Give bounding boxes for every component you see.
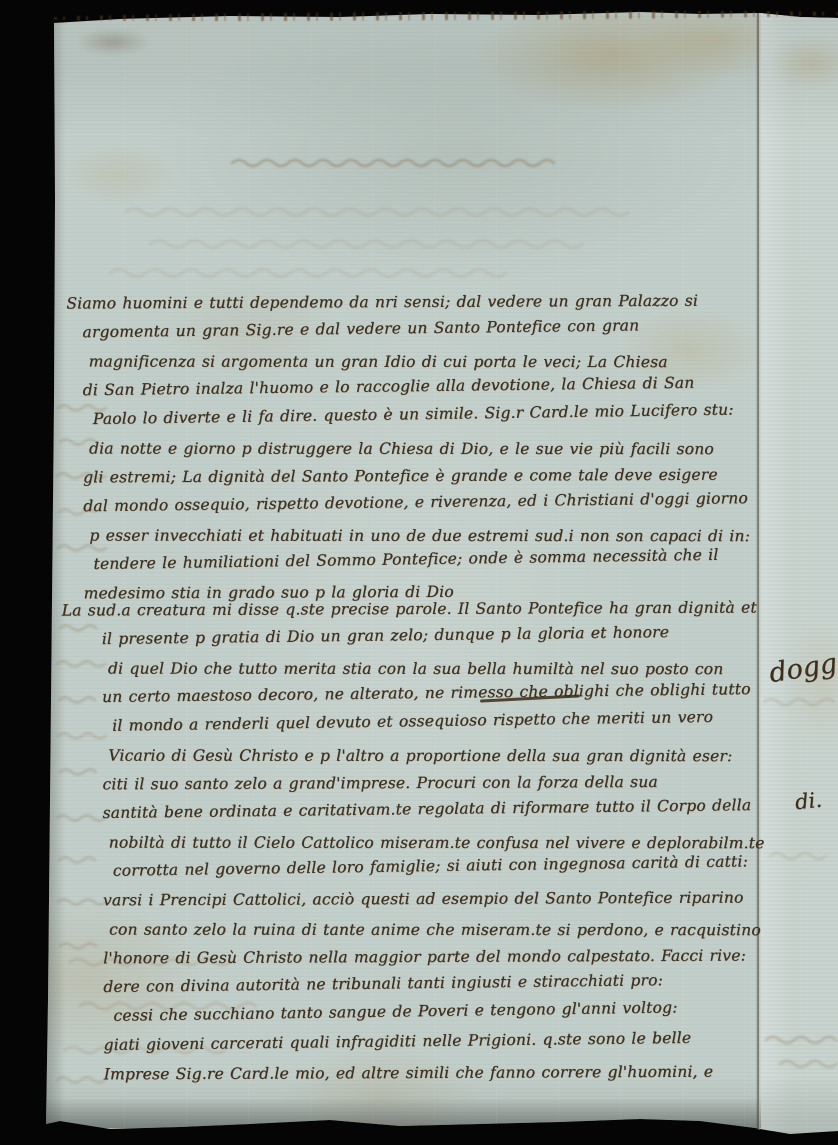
right-leaf-word-fragment: dogg xyxy=(767,648,838,689)
manuscript-line: Vicario di Gesù Christo e p l'altro a pr… xyxy=(68,742,762,772)
paragraph-2: La sud.a creatura mi disse q.ste precise… xyxy=(62,593,758,1089)
manuscript-line: varsi i Prencipi Cattolici, acciò questi… xyxy=(63,883,757,915)
right-leaf-word-fragment: di. xyxy=(794,788,823,815)
manuscript-photo: dogg di. Siamo huomini e t xyxy=(0,0,838,1145)
corner-smudge xyxy=(76,28,150,56)
letter-text-block: Siamo huomini e tutti dependemo da nri s… xyxy=(60,286,757,1089)
bottom-edge-shadow xyxy=(46,1098,838,1128)
manuscript-line: con santo zelo la ruina di tante anime c… xyxy=(69,916,763,946)
paragraph-1: Siamo huomini e tutti dependemo da nri s… xyxy=(60,286,755,608)
manuscript-line: Imprese Sig.re Card.le mio, ed altre sim… xyxy=(64,1057,758,1089)
manuscript-line: dia notte e giorno p distruggere la Chie… xyxy=(67,435,761,465)
adjacent-leaf: dogg di. xyxy=(761,13,838,1131)
